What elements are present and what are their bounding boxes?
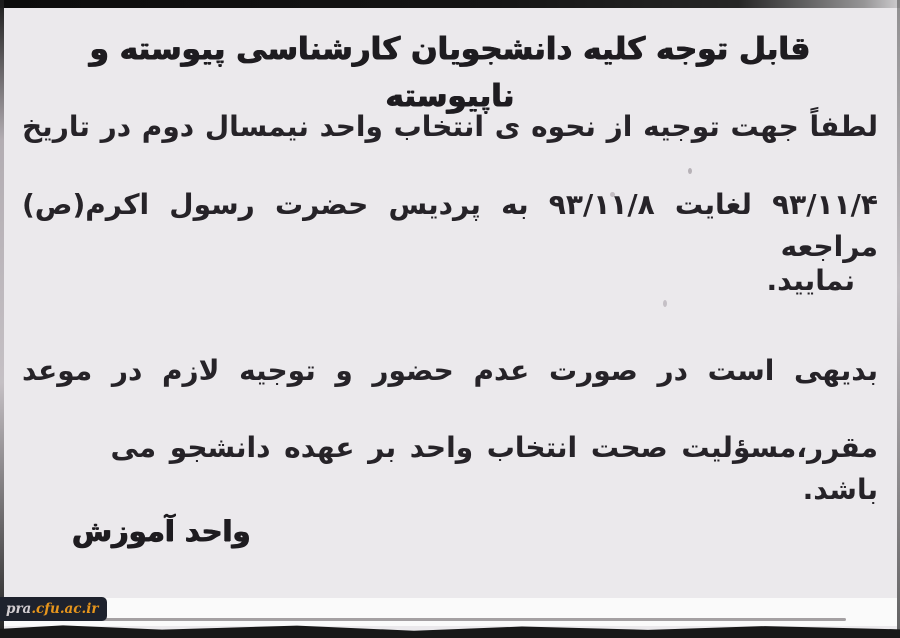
scan-edge-bottom [0, 624, 900, 638]
scan-bottom-streak [81, 618, 846, 621]
watermark-site-prefix: pra [6, 601, 31, 617]
scan-edge-left [0, 0, 4, 638]
notice-paragraph2-line1: بدیهی است در صورت عدم حضور و توجیه لازم … [22, 350, 878, 392]
watermark-site-suffix: .cfu.ac.ir [31, 601, 98, 617]
watermark-badge: pra .cfu.ac.ir [0, 597, 107, 621]
scan-speck [688, 168, 692, 174]
notice-paragraph1-line1: لطفاً جهت توجیه از نحوه ی انتخاب واحد نی… [22, 106, 878, 148]
notice-signature-education-unit: واحد آموزش [72, 510, 251, 554]
scan-speck [610, 192, 615, 197]
notice-paragraph1-line3: نمایید. [766, 260, 855, 302]
scan-bottom-white-band [4, 598, 897, 626]
scan-speck [663, 300, 667, 307]
scanned-notice-page: قابل توجه کلیه دانشجویان کارشناسی پیوسته… [0, 0, 900, 638]
notice-paragraph2-line2: مقرر،مسؤلیت صحت انتخاب واحد بر عهده دانش… [22, 427, 878, 511]
notice-paragraph1-line2-date-range: ۹۳/۱۱/۴ لغایت ۹۳/۱۱/۸ به پردیس حضرت رسول… [22, 184, 878, 268]
scan-edge-top [0, 0, 900, 8]
